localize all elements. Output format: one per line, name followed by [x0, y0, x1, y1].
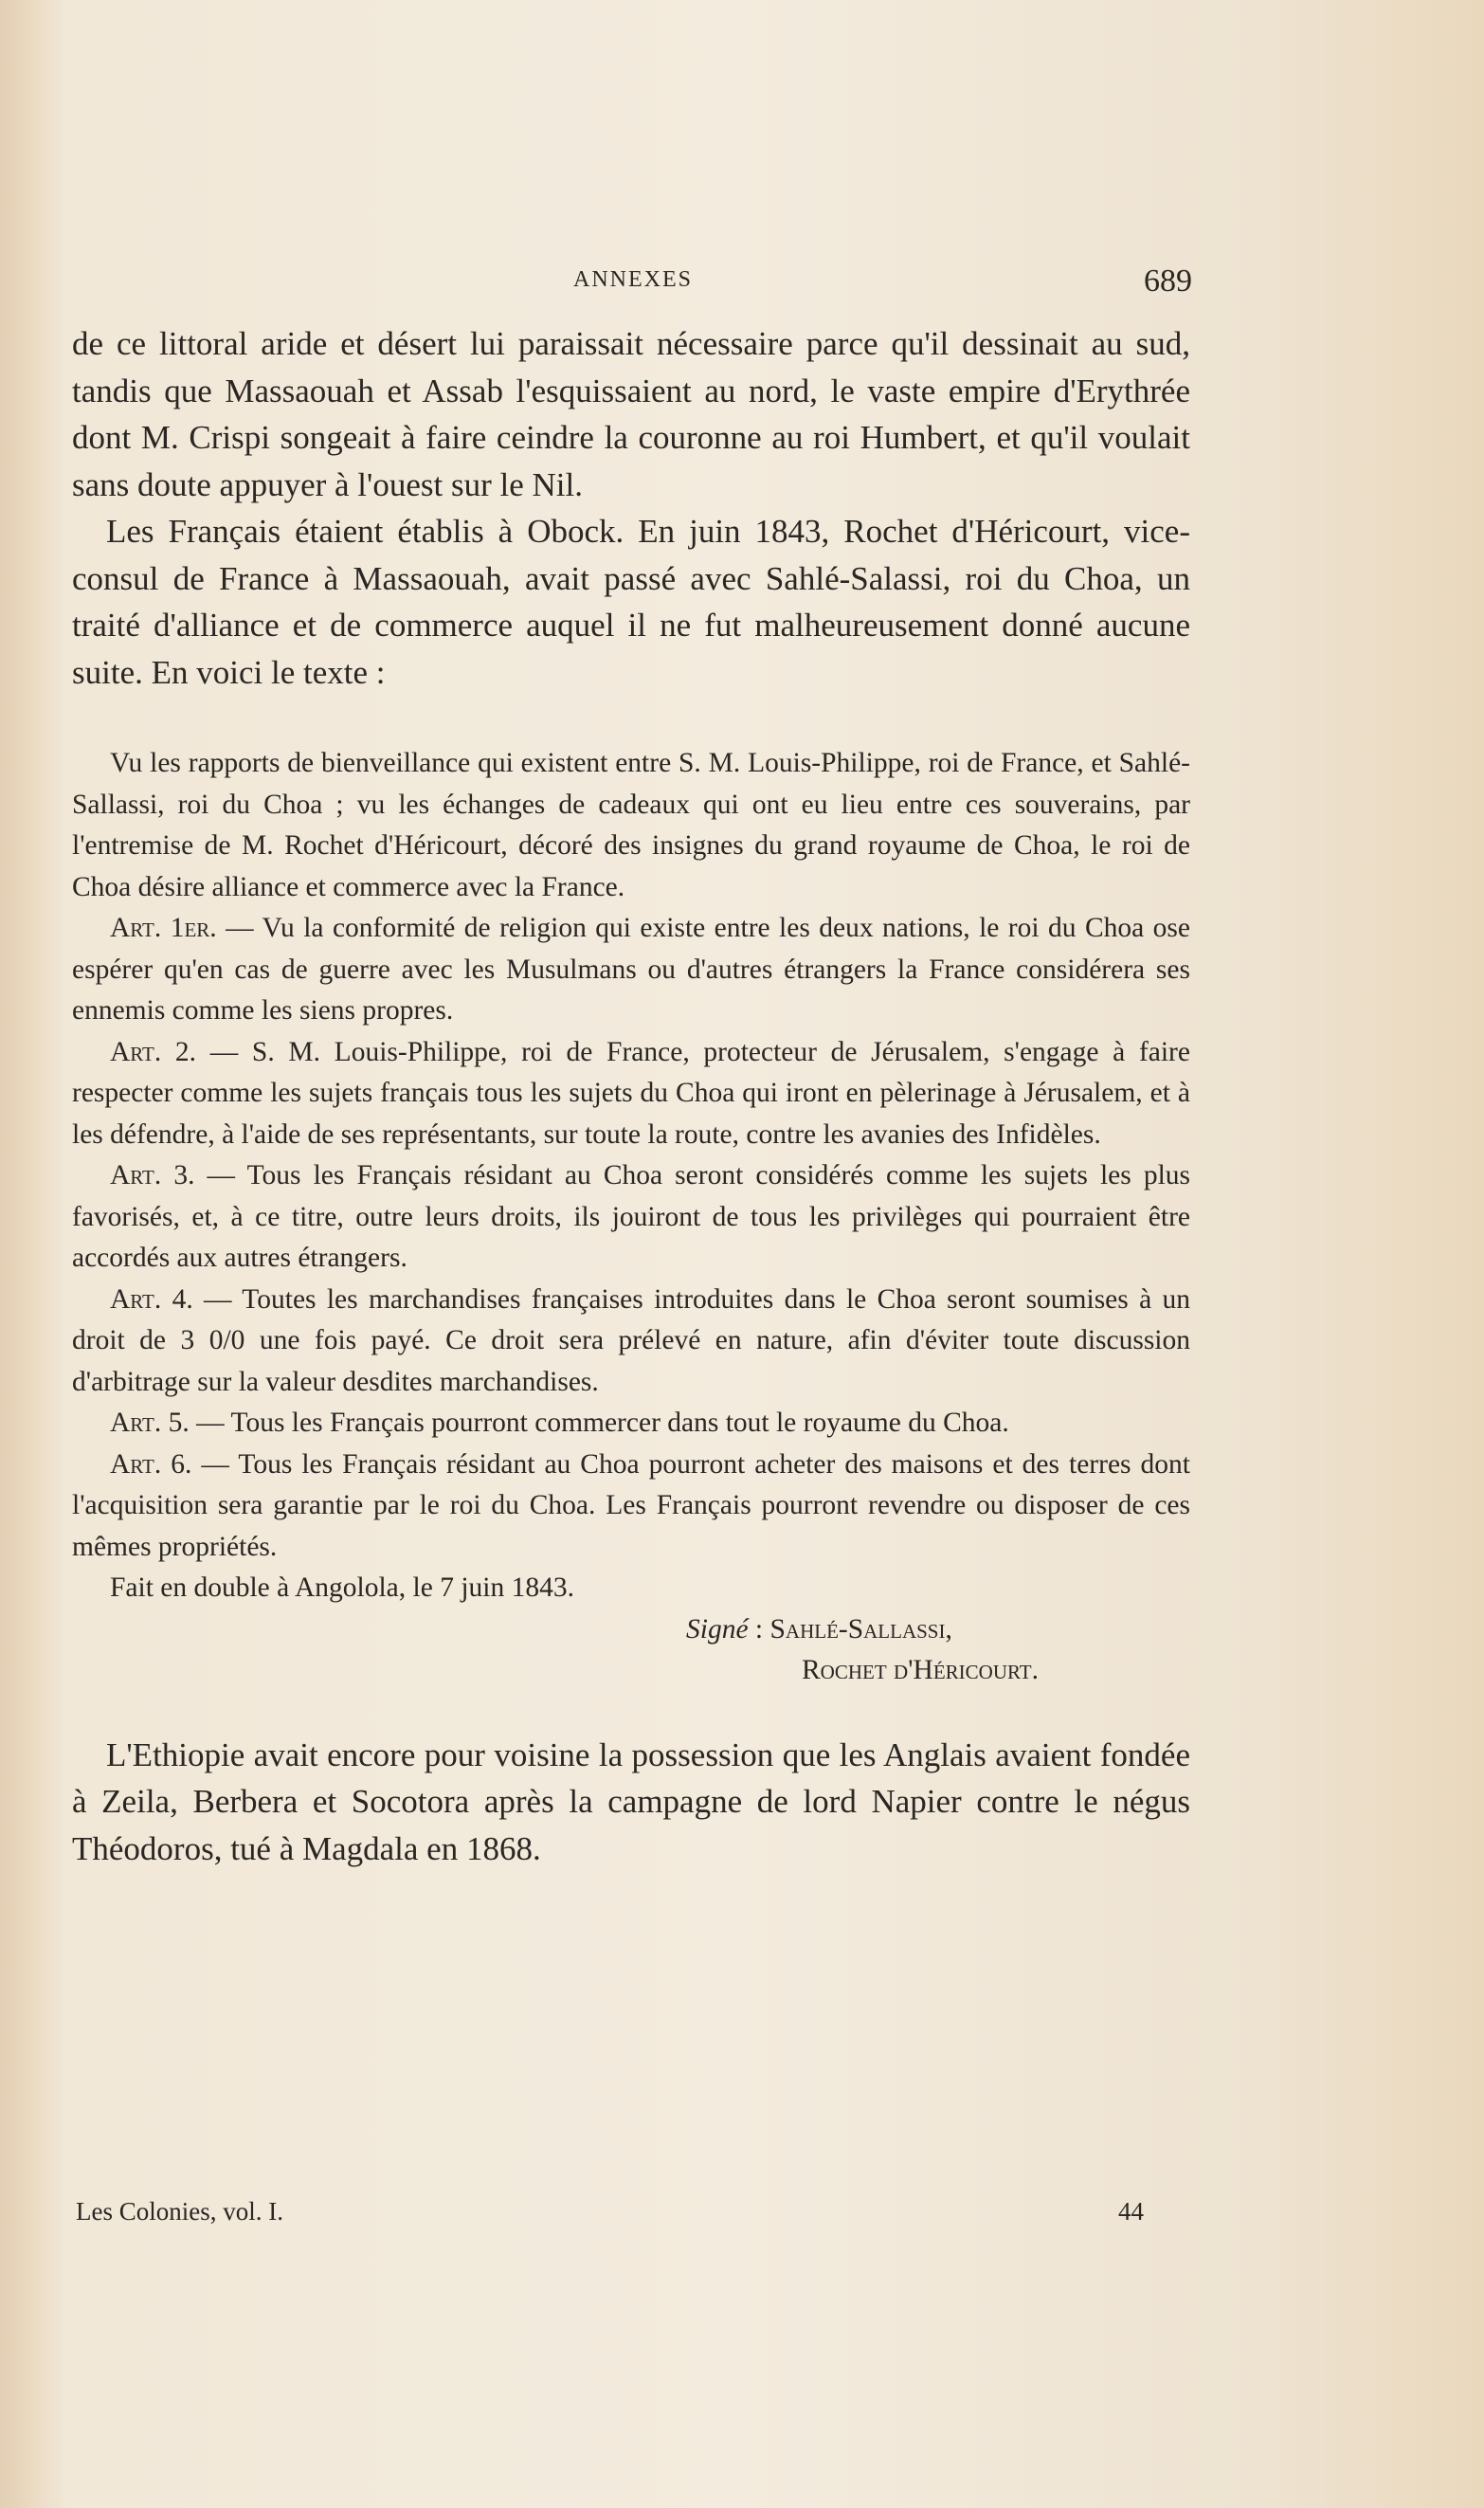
article-label: Art. 1er.	[110, 913, 217, 943]
page-number: 689	[1144, 264, 1192, 300]
signature-line-1: Signé : Sahlé-Sallassi,	[72, 1609, 1190, 1651]
article-text: — Toutes les marchandises françaises int…	[72, 1284, 1190, 1397]
article-label: Art. 2.	[110, 1037, 196, 1067]
article-label: Art. 5.	[110, 1408, 190, 1438]
body-text: de ce littoral aride et désert lui parai…	[72, 320, 1190, 1872]
treaty-closing: Fait en double à Angolola, le 7 juin 184…	[72, 1568, 1190, 1609]
treaty-article: Art. 6. — Tous les Français résidant au …	[72, 1445, 1190, 1569]
article-label: Art. 4.	[110, 1284, 193, 1315]
treaty-article: Art. 5. — Tous les Français pourront com…	[72, 1403, 1190, 1445]
treaty-article: Art. 3. — Tous les Français résidant au …	[72, 1155, 1190, 1280]
signatory-2: Rochet d'Héricourt.	[802, 1655, 1039, 1685]
book-page: ANNEXES 689 de ce littoral aride et dése…	[0, 0, 1484, 2508]
article-text: — Tous les Français pourront commercer d…	[190, 1408, 1009, 1438]
paragraph: Les Français étaient établis à Obock. En…	[72, 508, 1190, 696]
volume-signature: Les Colonies, vol. I.	[76, 2197, 283, 2226]
treaty-article: Art. 2. — S. M. Louis-Philippe, roi de F…	[72, 1032, 1190, 1156]
treaty-article: Art. 1er. — Vu la conformité de religion…	[72, 908, 1190, 1032]
page-footer: Les Colonies, vol. I. 44	[76, 2197, 1194, 2235]
signatory-1: Sahlé-Sallassi,	[770, 1614, 952, 1645]
article-text: — Tous les Français résidant au Choa pou…	[72, 1449, 1190, 1562]
paragraph: L'Ethiopie avait encore pour voisine la …	[72, 1732, 1190, 1873]
sheet-number: 44	[1118, 2197, 1144, 2226]
running-title: ANNEXES	[74, 267, 1192, 293]
article-text: — Vu la conformité de religion qui exist…	[72, 913, 1190, 1026]
signature-separator: :	[749, 1614, 770, 1645]
signature-line-2: Rochet d'Héricourt.	[72, 1650, 1190, 1692]
signed-label: Signé	[686, 1614, 749, 1645]
treaty-preamble: Vu les rapports de bienveillance qui exi…	[72, 743, 1190, 908]
article-text: — S. M. Louis-Philippe, roi de France, p…	[72, 1037, 1190, 1150]
article-label: Art. 3.	[110, 1160, 194, 1190]
paragraph: de ce littoral aride et désert lui parai…	[72, 320, 1190, 508]
treaty-text: Vu les rapports de bienveillance qui exi…	[72, 743, 1190, 1692]
running-head: ANNEXES 689	[74, 264, 1192, 296]
article-label: Art. 6.	[110, 1449, 191, 1480]
article-text: — Tous les Français résidant au Choa ser…	[72, 1160, 1190, 1273]
treaty-article: Art. 4. — Toutes les marchandises frança…	[72, 1280, 1190, 1404]
